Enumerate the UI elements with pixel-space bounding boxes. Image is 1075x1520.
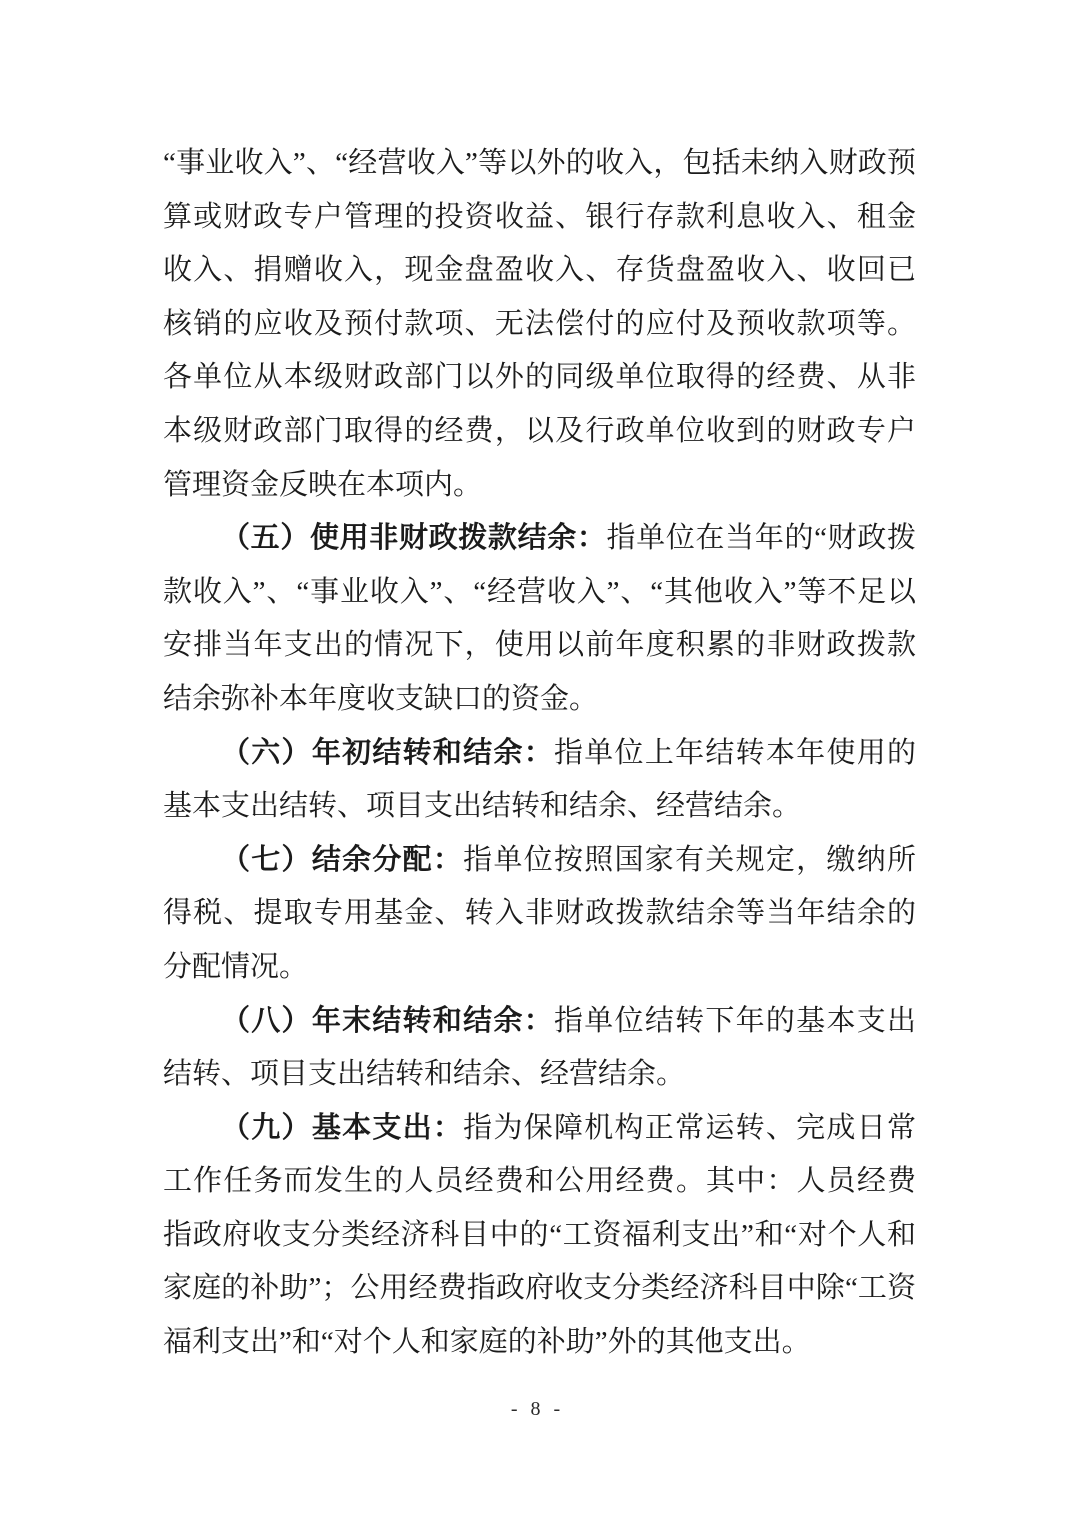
paragraph-other-income-continued: “事业收入”、“经营收入”等以外的收入，包括未纳入财政预算或财政专户管理的投资收… <box>163 137 916 512</box>
paragraph-heading: （九）基本支出： <box>221 1112 463 1144</box>
paragraph-heading: （七）结余分配： <box>221 844 463 876</box>
paragraph-item-5: （五）使用非财政拨款结余：指单位在当年的“财政拨款收入”、“事业收入”、“经营收… <box>163 512 916 726</box>
document-page: “事业收入”、“经营收入”等以外的收入，包括未纳入财政预算或财政专户管理的投资收… <box>0 0 1075 1520</box>
paragraph-item-8: （八）年末结转和结余：指单位结转下年的基本支出结转、项目支出结转和结余、经营结余… <box>163 995 916 1102</box>
page-number: - 8 - <box>511 1398 564 1420</box>
paragraph-item-7: （七）结余分配：指单位按照国家有关规定，缴纳所得税、提取专用基金、转入非财政拨款… <box>163 834 916 995</box>
paragraph-text: “事业收入”、“经营收入”等以外的收入，包括未纳入财政预算或财政专户管理的投资收… <box>163 147 916 501</box>
paragraph-heading: （六）年初结转和结余： <box>221 737 554 769</box>
paragraph-item-9: （九）基本支出：指为保障机构正常运转、完成日常工作任务而发生的人员经费和公用经费… <box>163 1102 916 1370</box>
paragraph-heading: （八）年末结转和结余： <box>221 1005 554 1037</box>
document-body: “事业收入”、“经营收入”等以外的收入，包括未纳入财政预算或财政专户管理的投资收… <box>163 137 916 1370</box>
paragraph-text: 指为保障机构正常运转、完成日常工作任务而发生的人员经费和公用经费。其中：人员经费… <box>163 1112 916 1358</box>
page-footer: - 8 - <box>0 1398 1075 1421</box>
paragraph-item-6: （六）年初结转和结余：指单位上年结转本年使用的基本支出结转、项目支出结转和结余、… <box>163 727 916 834</box>
paragraph-heading: （五）使用非财政拨款结余： <box>221 522 607 554</box>
